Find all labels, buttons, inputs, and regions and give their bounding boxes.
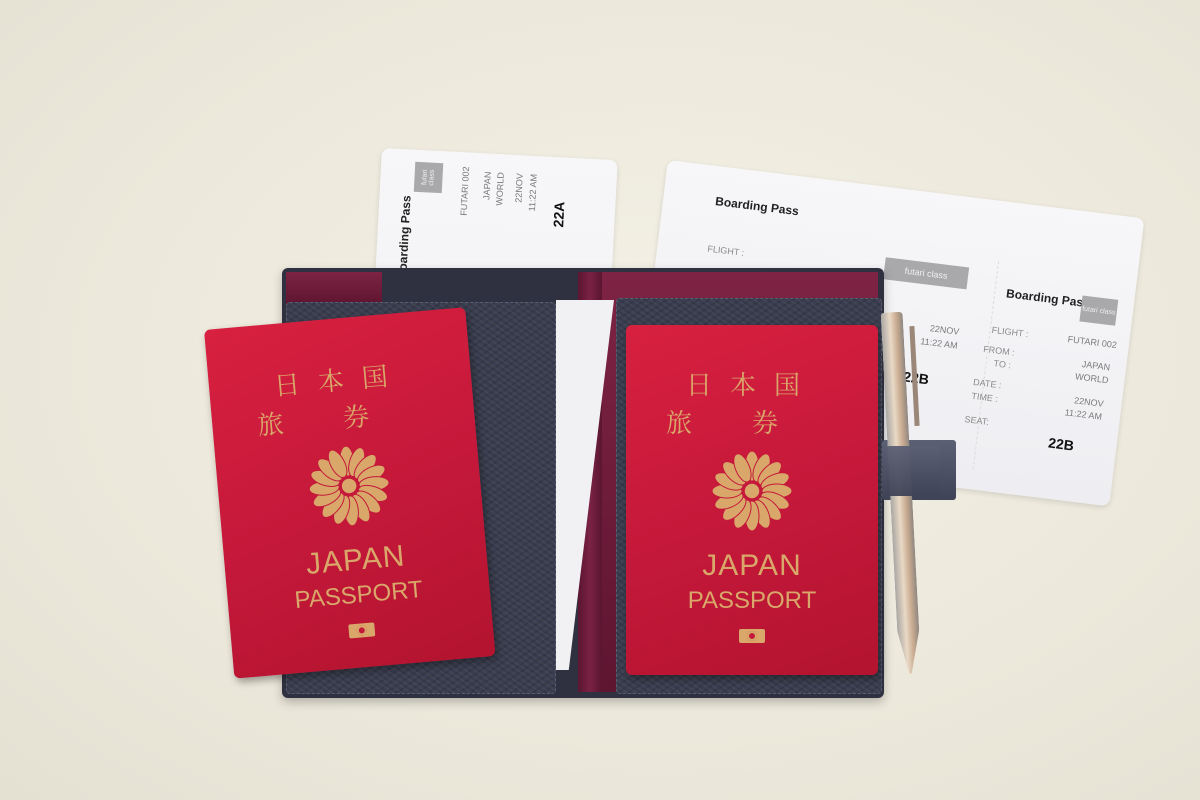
seat-value: 22A	[550, 201, 567, 227]
passport-right: 日本国 旅券 JAPAN PASSPORT	[626, 325, 878, 675]
stub-class-badge: futari class	[1079, 296, 1118, 326]
stub-date-label: DATE :	[973, 377, 1002, 390]
passport-left: 日本国 旅券 JAPAN PASSPORT	[204, 307, 496, 679]
stub-seat-label: SEAT:	[964, 414, 989, 427]
flight-label: FLIGHT :	[707, 244, 745, 258]
time-value: 11:22 AM	[524, 174, 539, 266]
class-badge: futari class	[883, 257, 969, 289]
passport-country: JAPAN	[626, 549, 878, 583]
stub-from-label: FROM :	[983, 344, 1015, 358]
stub-title: Boarding Pass	[1005, 286, 1090, 310]
chrysanthemum-icon	[304, 440, 395, 531]
passport-kanji-1: 日本国	[626, 367, 878, 405]
passport-word: PASSPORT	[626, 587, 878, 615]
wallet-lining-left	[286, 272, 382, 304]
biometric-chip-icon	[739, 629, 765, 643]
passport-kanji-2: 旅券	[626, 405, 878, 443]
from-value: JAPAN	[478, 171, 493, 263]
stub-to-label: TO :	[993, 358, 1011, 370]
flight-value: FUTARI 002	[456, 166, 471, 262]
to-value: WORLD	[491, 172, 506, 264]
boarding-pass-title: Boarding Pass	[395, 195, 413, 280]
chrysanthemum-icon	[710, 449, 794, 533]
stub-time-label: TIME :	[971, 391, 999, 404]
boarding-pass-title: Boarding Pass	[714, 194, 799, 218]
pen-loop-front	[886, 446, 940, 496]
date-value: 22NOV	[510, 173, 525, 265]
class-badge: futari class	[414, 162, 444, 193]
stub-flight-value: FUTARI 002	[1039, 331, 1118, 350]
biometric-chip-icon	[348, 622, 375, 638]
stub-flight-label: FLIGHT :	[991, 325, 1029, 339]
stub-seat-value: 22B	[1047, 435, 1074, 454]
